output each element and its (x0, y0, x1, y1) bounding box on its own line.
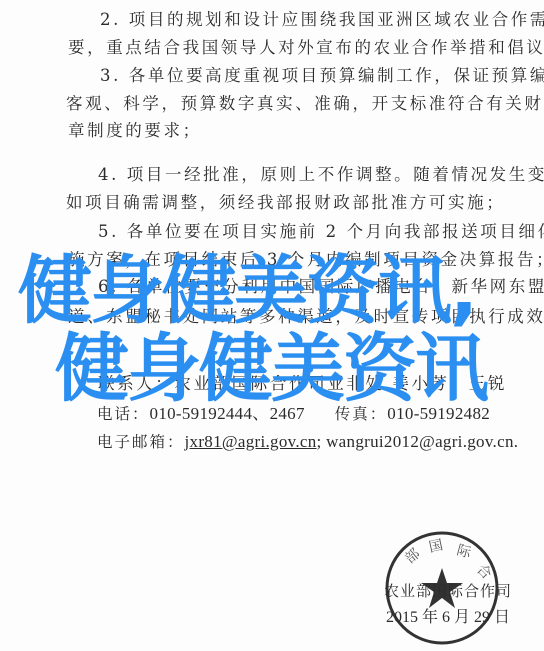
signature-date: 2015 年 6 月 29 日 (386, 604, 510, 627)
signature-organization: 农业部国际合作司 (384, 580, 512, 601)
svg-text:国: 国 (428, 537, 445, 556)
paragraph-3-line-1: 3. 各单位要高度重视项目预算编制工作，保证预算编报 (100, 66, 544, 86)
paragraph-5-line-1: 5. 各单位要在项目实施前 2 个月向我部报送项目细化实 (98, 222, 544, 242)
email-label: 电子邮箱： (97, 433, 185, 451)
watermark-line-2: 健身健美资讯 (55, 332, 487, 406)
email-separator: ; (317, 432, 327, 451)
paragraph-4-line-1: 4. 项目一经批准，原则上不作调整。随着情况发生变化， (98, 165, 544, 185)
svg-text:部: 部 (402, 546, 423, 567)
email-link-1[interactable]: jxr81@agri.gov.cn (185, 432, 317, 451)
email-end: . (514, 432, 519, 451)
email-2[interactable]: wangrui2012@agri.gov.cn (326, 432, 514, 451)
paragraph-4-line-2: 如项目确需调整，须经我部报财政部批准方可实施； (66, 193, 505, 213)
svg-text:际: 际 (455, 542, 474, 561)
paragraph-3-line-2: 客观、科学，预算数字真实、准确，开支标准符合有关财务规 (66, 94, 544, 114)
paragraph-2-line-1: 2. 项目的规划和设计应围绕我国亚洲区域农业合作需 (100, 10, 544, 30)
document-page: 2. 项目的规划和设计应围绕我国亚洲区域农业合作需 要，重点结合我国领导人对外宣… (0, 0, 544, 651)
paragraph-2-line-2: 要，重点结合我国领导人对外宣布的农业合作举措和倡议； (68, 38, 544, 58)
watermark-line-1: 健身健美资讯, (18, 254, 476, 328)
paragraph-3-line-3: 章制度的要求； (68, 121, 202, 141)
contact-email-line: 电子邮箱：jxr81@agri.gov.cn; wangrui2012@agri… (97, 432, 518, 452)
